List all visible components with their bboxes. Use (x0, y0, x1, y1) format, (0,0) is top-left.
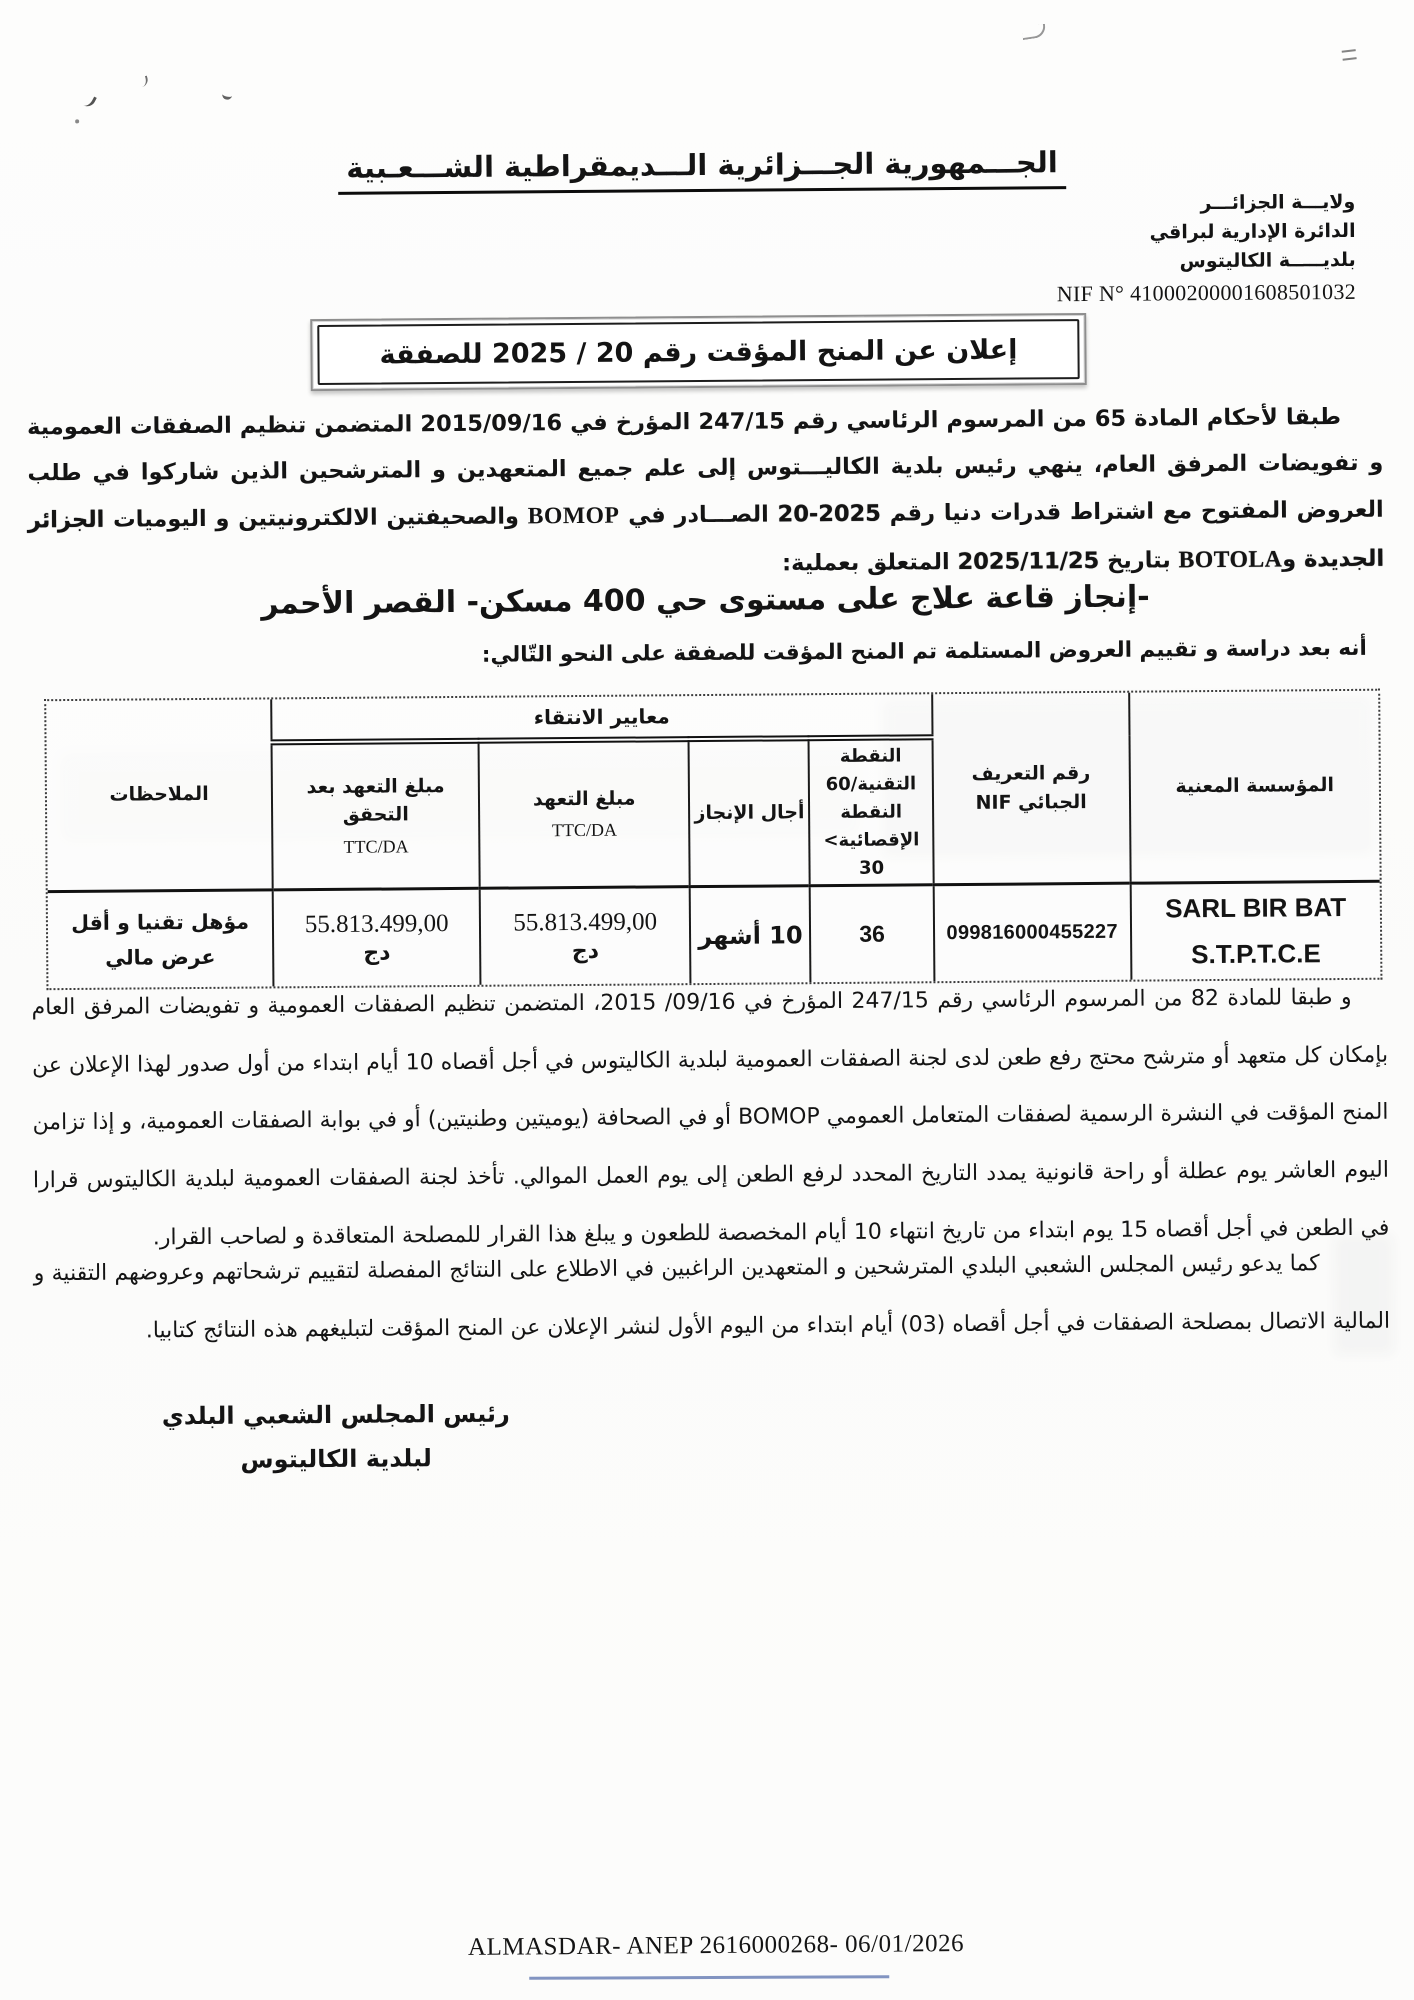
amount-header-arabic: مبلغ التعهد (484, 784, 684, 814)
signature-subtitle: لبلدية الكاليتوس (121, 1436, 551, 1484)
award-table: المؤسسة المعنية رقم التعريف الجبائي NIF … (46, 691, 1380, 989)
col-header-remarks: الملاحظات (46, 699, 273, 892)
col-header-amount-verified: مبلغ التعهد بعد التحقق TTC/DA (272, 741, 480, 891)
col-header-score: النقطة التقنية/60 النقطة الإقصائية> 30 (809, 737, 933, 886)
col-header-deadline: أجال الإنجاز (689, 738, 810, 887)
amount-verified-header-arabic: مبلغ التعهد بعد التحقق (277, 772, 474, 831)
table-header-row-top: المؤسسة المعنية رقم التعريف الجبائي NIF … (46, 691, 1378, 744)
cell-company: SARL BIR BAT S.T.P.T.C.E (1130, 882, 1380, 980)
signature-block: رئيس المجلس الشعبي البلدي لبلدية الكاليت… (121, 1391, 552, 1483)
cell-amount: 55.813.499,00 دج (480, 887, 691, 985)
amount-value: 55.813.499,00 (485, 909, 685, 939)
results-paragraph: كما يدعو رئيس المجلس الشعبي البلدي المتر… (33, 1235, 1390, 1361)
signature-title: رئيس المجلس الشعبي البلدي (121, 1391, 551, 1439)
col-header-amount: مبلغ التعهد TTC/DA (479, 739, 690, 889)
pen-mark-icon (139, 76, 149, 88)
anep-footer: ALMASDAR- ANEP 2616000268- 06/01/2026 (9, 1926, 1414, 1965)
cell-amount-verified: 55.813.499,00 دج (273, 889, 481, 987)
footer-blue-underline (529, 1975, 889, 1980)
amount-verified-value: 55.813.499,00 (278, 910, 475, 940)
commune-line: بلديـــــة الكاليتوس (1056, 246, 1355, 277)
appeal-paragraph: و طبقا للمادة 82 من المرسوم الرئاسي رقم … (31, 969, 1389, 1268)
notice-title-frame: إعلان عن المنح المؤقت رقم 20 / 2025 للصف… (317, 319, 1079, 385)
amount-currency: دج (485, 939, 685, 966)
issuing-authority-block: ولايـــة الجزائـــر الدائرة الإدارية لبر… (1056, 188, 1356, 308)
amount-verified-header-ttc: TTC/DA (277, 833, 474, 862)
award-table-wrapper: المؤسسة المعنية رقم التعريف الجبائي NIF … (44, 689, 1382, 991)
pen-mark-icon (1342, 49, 1357, 61)
cell-score: 36 (810, 885, 934, 982)
cell-deadline: 10 أشهر (690, 886, 811, 983)
company-name-line1: SARL BIR BAT (1135, 885, 1376, 932)
authority-nif: NIF N° 41000200001608501032 (1057, 277, 1356, 308)
amount-header-ttc: TTC/DA (484, 817, 684, 846)
scanned-document-page: الجـــمهورية الجـــزائرية الـــديمقراطية… (0, 0, 1414, 2000)
scan-skew-layer: الجـــمهورية الجـــزائرية الـــديمقراطية… (0, 0, 1414, 2000)
republic-title: الجـــمهورية الجـــزائرية الـــديمقراطية… (338, 145, 1066, 195)
cell-nif: 099816000455227 (933, 884, 1131, 982)
cell-remarks: مؤهل تقنيا و أقل عرض مالي (48, 890, 274, 988)
pen-mark-icon (221, 87, 233, 101)
col-header-selection-criteria: معايير الانتقاء (271, 694, 932, 742)
notice-title-box: إعلان عن المنح المؤقت رقم 20 / 2025 للصف… (310, 313, 1087, 391)
pen-mark-icon (1021, 24, 1047, 40)
pen-mark-icon (82, 93, 97, 109)
pen-mark-icon (75, 119, 79, 123)
col-header-nif: رقم التعريف الجبائي NIF (932, 693, 1130, 885)
col-header-company: المؤسسة المعنية (1129, 691, 1380, 884)
amount-verified-currency: دج (278, 940, 475, 967)
intro-paragraph: طبقا لأحكام المادة 65 من المرسوم الرئاسي… (27, 394, 1384, 594)
award-statement: أنه بعد دراسة و تقييم العروض المستلمة تم… (29, 636, 1367, 672)
daira-line: الدائرة الإدارية لبراقي (1056, 217, 1355, 248)
wilaya-line: ولايـــة الجزائـــر (1056, 188, 1355, 219)
notice-title: إعلان عن المنح المؤقت رقم 20 / 2025 للصف… (379, 334, 1017, 370)
